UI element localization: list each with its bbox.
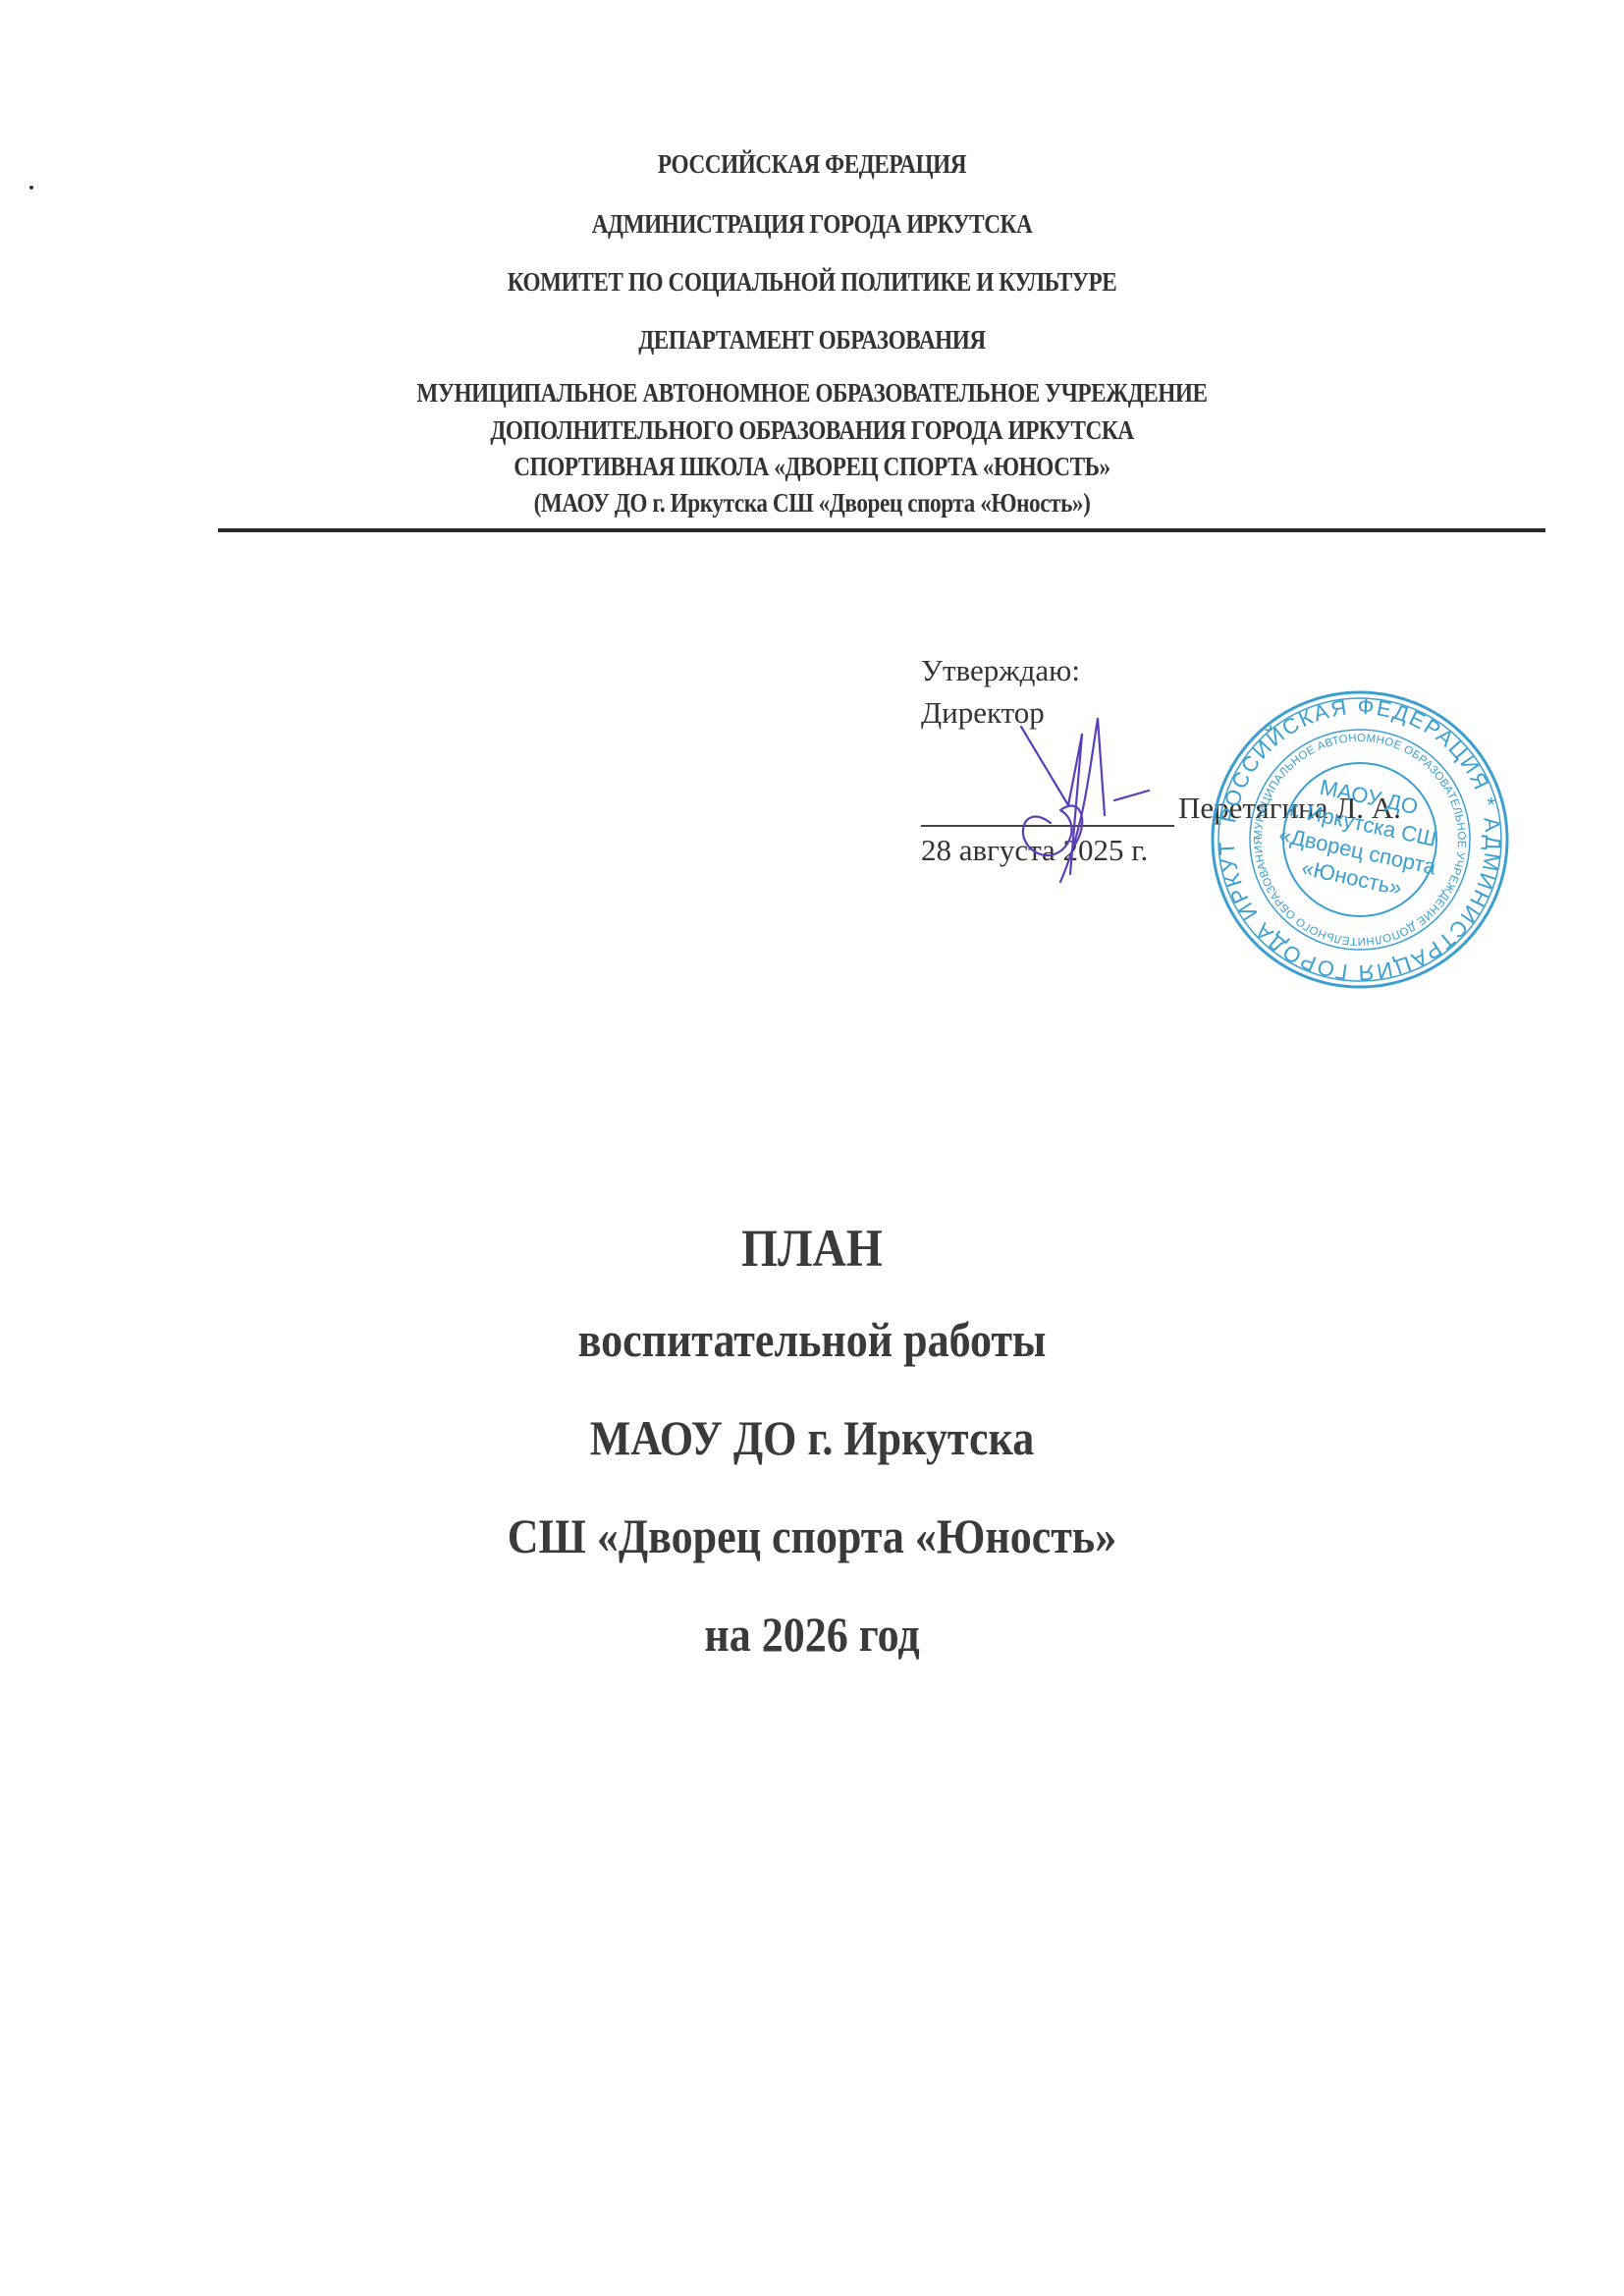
document-org: МАОУ ДО г. Иркутска — [97, 1409, 1527, 1466]
header-country: РОССИЙСКАЯ ФЕДЕРАЦИЯ — [114, 149, 1510, 180]
institution-line-2: ДОПОЛНИТЕЛЬНОГО ОБРАЗОВАНИЯ ГОРОДА ИРКУТ… — [114, 415, 1510, 446]
institution-short-name: (МАОУ ДО г. Иркутска СШ «Дворец спорта «… — [114, 488, 1510, 519]
document-subtitle: воспитательной работы — [97, 1311, 1527, 1368]
header-divider — [218, 528, 1545, 532]
document-title: ПЛАН — [97, 1218, 1527, 1279]
header-department: ДЕПАРТАМЕНТ ОБРАЗОВАНИЯ — [114, 325, 1510, 355]
header-administration: АДМИНИСТРАЦИЯ ГОРОДА ИРКУТСКА — [114, 209, 1510, 240]
signature-icon — [992, 707, 1188, 903]
institution-line-1: МУНИЦИПАЛЬНОЕ АВТОНОМНОЕ ОБРАЗОВАТЕЛЬНОЕ… — [114, 378, 1510, 409]
approval-label: Утверждаю: — [921, 653, 1080, 688]
official-stamp-icon: РОССИЙСКАЯ ФЕДЕРАЦИЯ * АДМИНИСТРАЦИЯ ГОР… — [1208, 687, 1512, 992]
institution-line-3: СПОРТИВНАЯ ШКОЛА «ДВОРЕЦ СПОРТА «ЮНОСТЬ» — [114, 452, 1510, 482]
document-year: на 2026 год — [97, 1606, 1527, 1663]
header-committee: КОМИТЕТ ПО СОЦИАЛЬНОЙ ПОЛИТИКЕ И КУЛЬТУР… — [114, 267, 1510, 298]
document-org-full: СШ «Дворец спорта «Юность» — [97, 1507, 1527, 1564]
scan-speck — [29, 186, 33, 190]
